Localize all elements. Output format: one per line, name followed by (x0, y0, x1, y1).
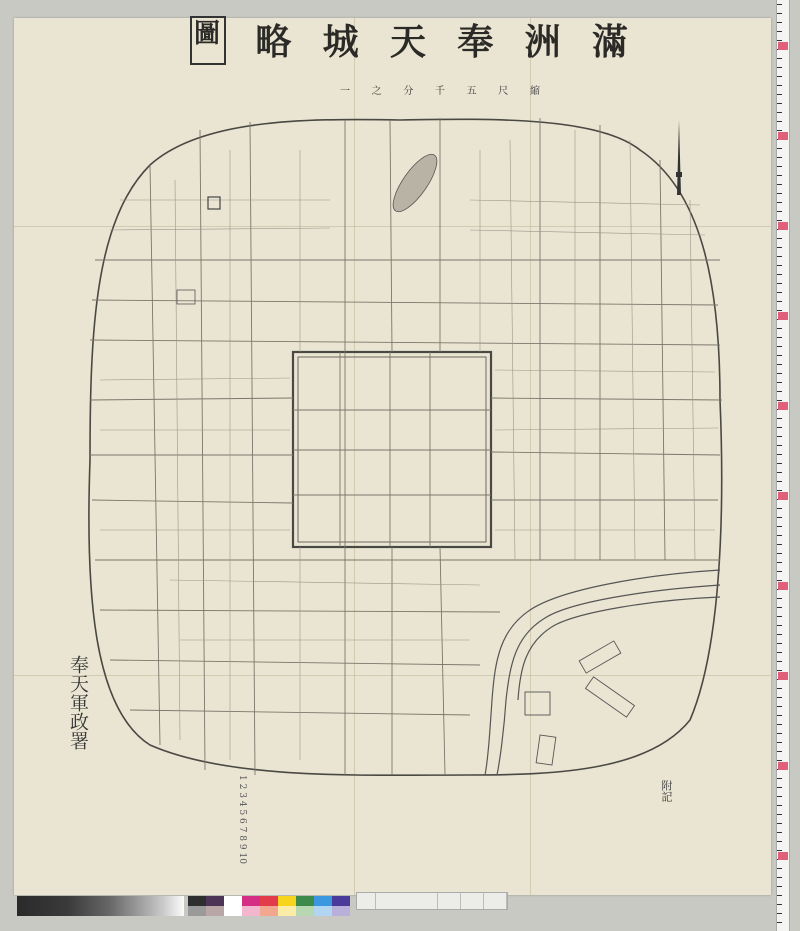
legend-number: 3 (237, 792, 247, 798)
river (485, 570, 720, 775)
color-patch (278, 896, 296, 916)
publisher-label: 奉天軍政署 (70, 655, 92, 750)
legend-number: 10 (237, 852, 247, 863)
grayscale-strip (17, 896, 184, 916)
legend-number: 9 (237, 844, 247, 850)
legend-number: 5 (237, 809, 247, 815)
street-network (90, 118, 722, 775)
inner-city-wall (293, 352, 491, 547)
legend-number: 8 (237, 835, 247, 841)
measurement-ruler (776, 0, 790, 931)
outer-city-wall (89, 119, 722, 775)
color-patch (332, 896, 350, 916)
color-calibration-bar (17, 896, 350, 916)
map-legend: 1 2 3 4 5 6 7 8 9 10 (118, 775, 248, 875)
legend-number: 7 (237, 827, 247, 833)
color-patch (224, 896, 242, 916)
color-patch (296, 896, 314, 916)
north-arrow-icon (676, 120, 682, 195)
legend-number: 2 (237, 784, 247, 790)
color-patch (314, 896, 332, 916)
map-notes: 附記 (572, 780, 672, 870)
catalog-label-strip (356, 892, 508, 910)
color-patch (260, 896, 278, 916)
legend-number: 1 (237, 775, 247, 781)
legend-number: 6 (237, 818, 247, 824)
color-patch (188, 896, 206, 916)
legend-number: 4 (237, 801, 247, 807)
notes-heading: 附記 (660, 780, 672, 802)
north-pond (386, 148, 445, 217)
color-patch (242, 896, 260, 916)
color-patch (206, 896, 224, 916)
